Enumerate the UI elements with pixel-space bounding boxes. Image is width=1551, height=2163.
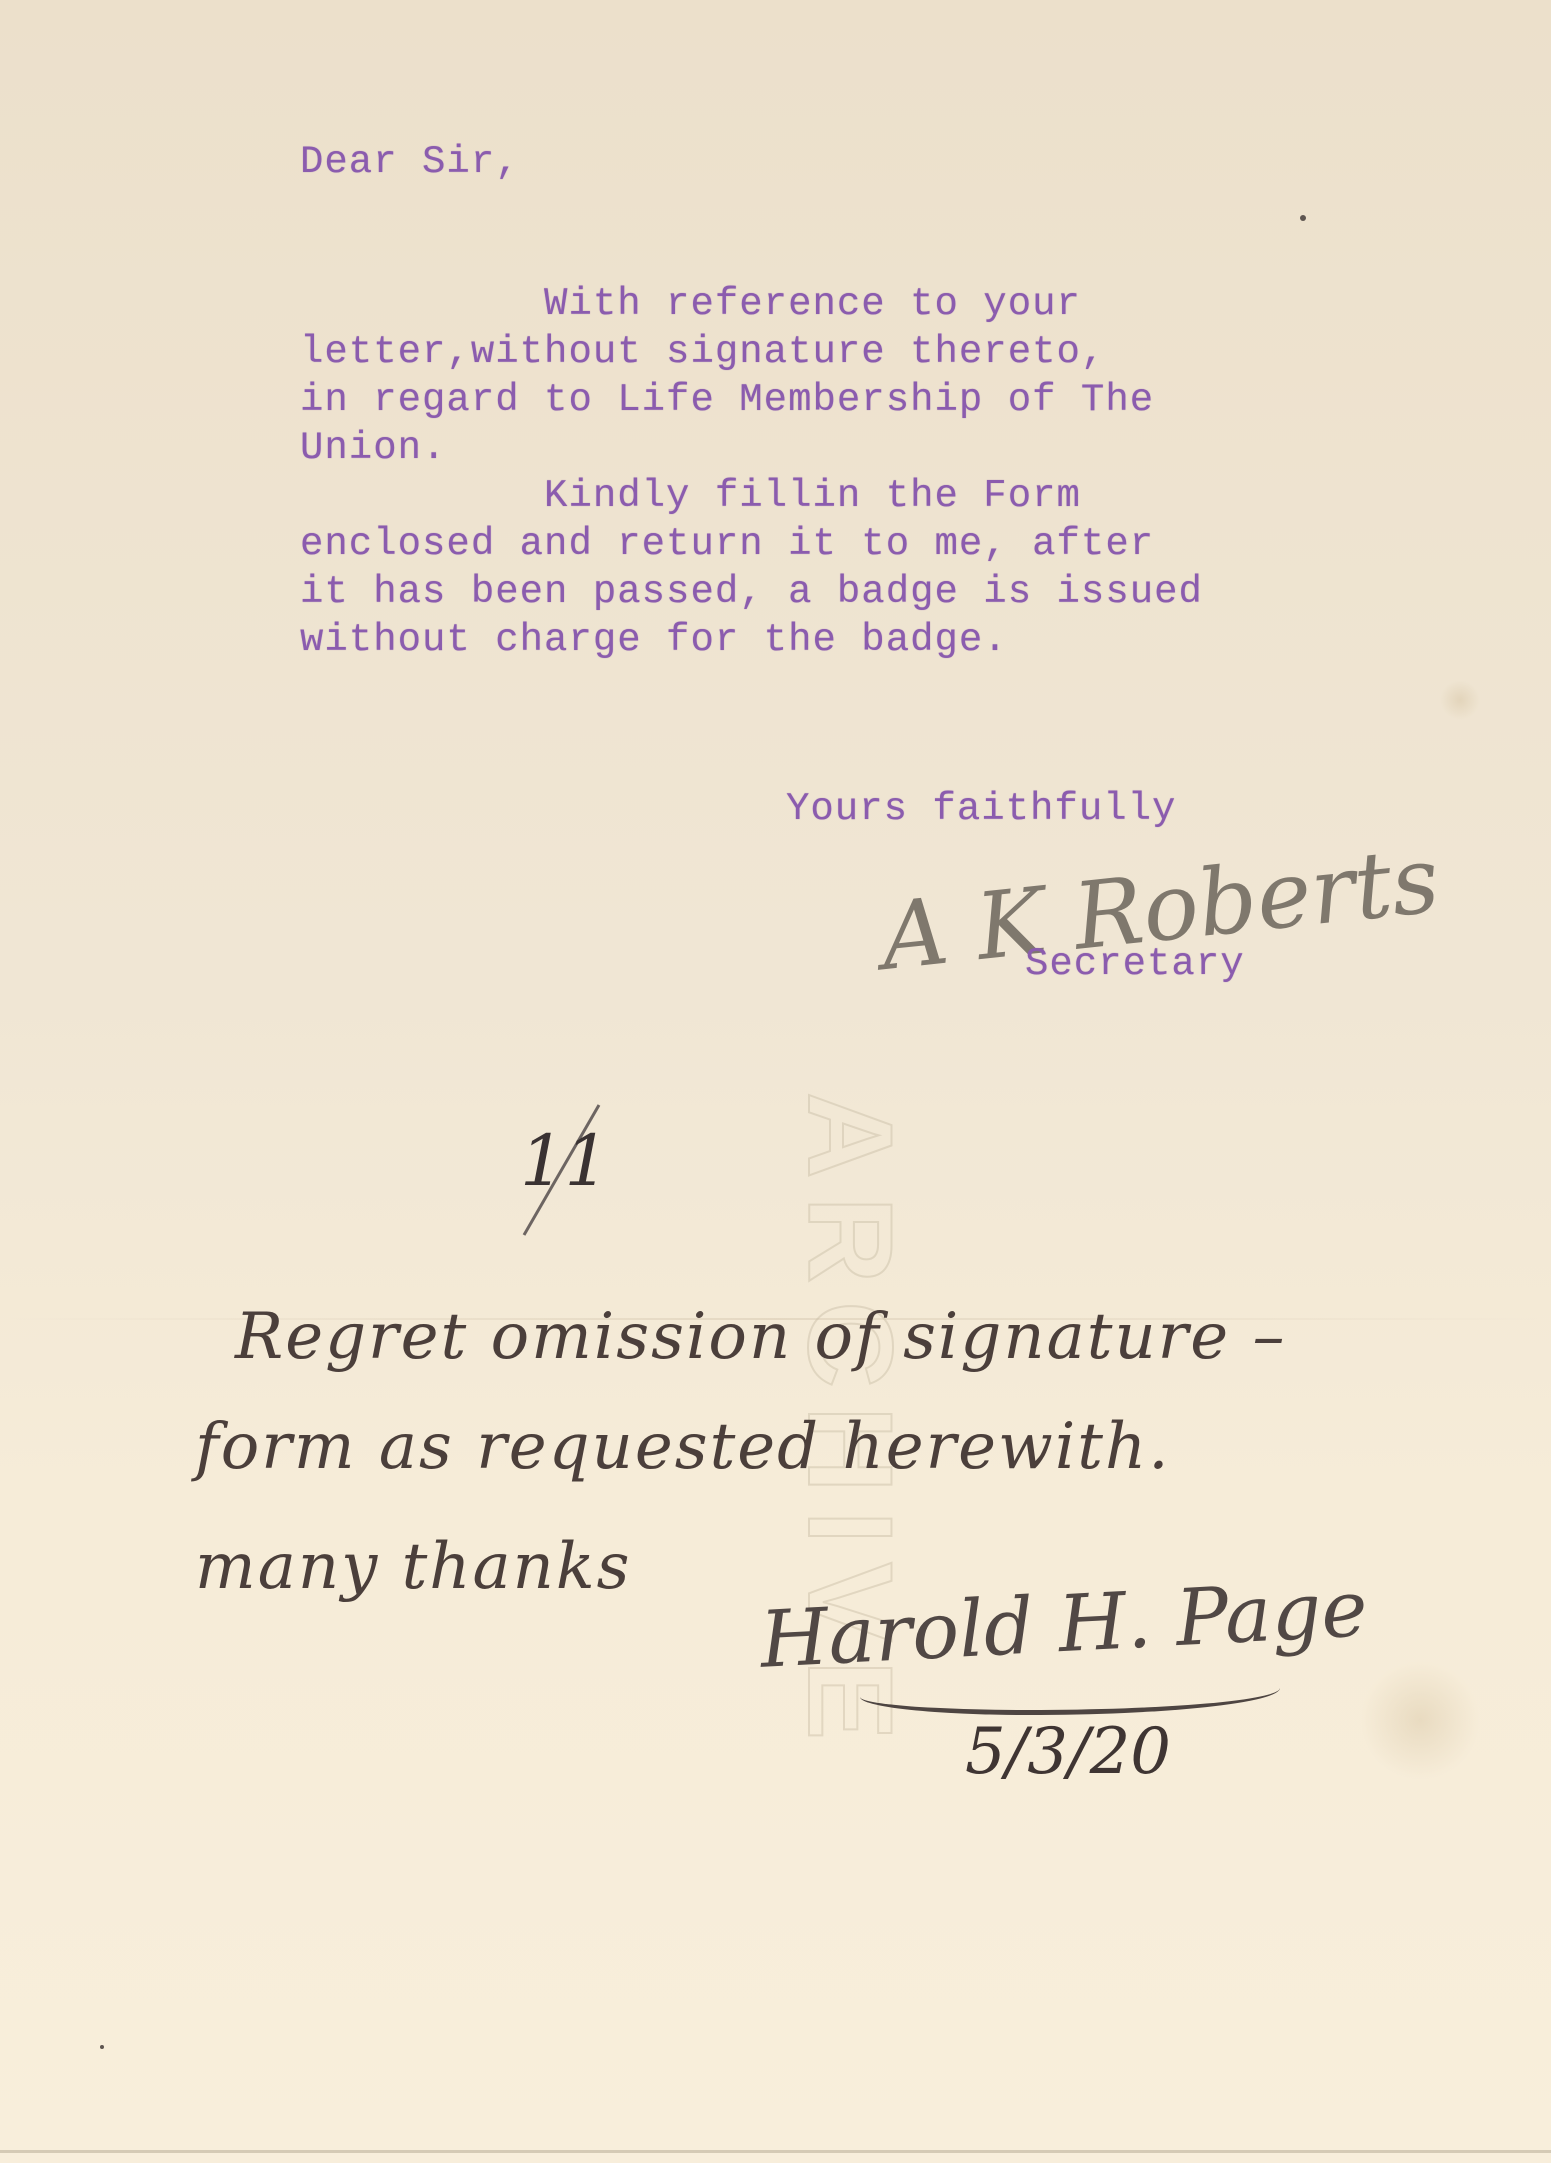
body-line: letter,without signature thereto, bbox=[300, 328, 1203, 376]
letter-body: With reference to yourletter,without sig… bbox=[300, 280, 1203, 664]
reply-line: Regret omission of signature – bbox=[235, 1300, 1286, 1374]
body-line: it has been passed, a badge is issued bbox=[300, 568, 1203, 616]
paper-stain bbox=[1440, 680, 1480, 720]
body-line: enclosed and return it to me, after bbox=[300, 520, 1203, 568]
paper-smudge bbox=[1360, 1660, 1480, 1780]
closing: Yours faithfully bbox=[786, 785, 1176, 833]
letter-page: ARCHIVE Dear Sir, With reference to your… bbox=[0, 0, 1551, 2163]
ink-speck bbox=[1300, 215, 1306, 221]
body-line: With reference to your bbox=[300, 280, 1203, 328]
body-line: without charge for the badge. bbox=[300, 616, 1203, 664]
body-line: in regard to Life Membership of The bbox=[300, 376, 1203, 424]
ink-speck bbox=[100, 2045, 104, 2049]
reply-line: many thanks bbox=[195, 1530, 632, 1604]
signature-flourish bbox=[860, 1670, 1280, 1715]
salutation: Dear Sir, bbox=[300, 138, 520, 186]
body-line: Kindly fillin the Form bbox=[300, 472, 1203, 520]
signatory-title: Secretary bbox=[1025, 940, 1245, 988]
reply-date: 5/3/20 bbox=[965, 1715, 1171, 1789]
body-line: Union. bbox=[300, 424, 1203, 472]
paper-bottom-edge bbox=[0, 2150, 1551, 2153]
annotation-mark: 11 bbox=[520, 1120, 609, 1202]
reply-line: form as requested herewith. bbox=[195, 1410, 1171, 1484]
